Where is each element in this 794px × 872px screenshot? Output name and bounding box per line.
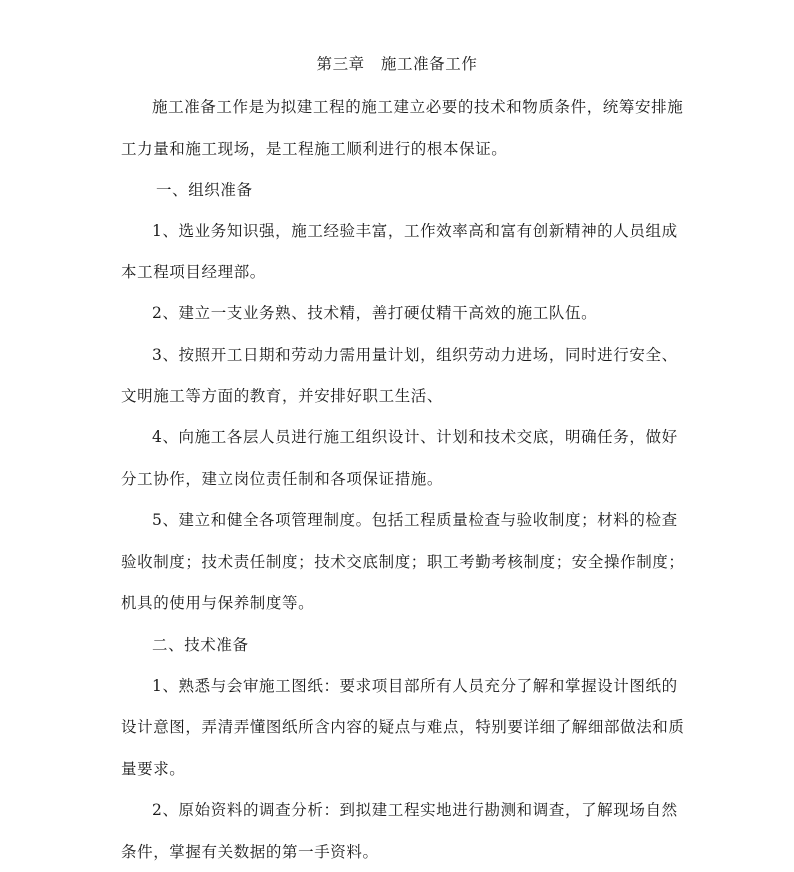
org-item-5-line-1: 5、建立和健全各项管理制度。包括工程质量检查与验收制度；材料的检查 bbox=[152, 510, 678, 530]
tech-item-1-line-2: 设计意图，弄清弄懂图纸所含内容的疑点与难点，特别要详细了解细部做法和质 bbox=[121, 717, 685, 737]
tech-item-1-line-3: 量要求。 bbox=[121, 759, 185, 779]
org-item-4-line-1: 4、向施工各层人员进行施工组织设计、计划和技术交底，明确任务，做好 bbox=[152, 427, 678, 447]
document-page: 第三章 施工准备工作 施工准备工作是为拟建工程的施工建立必要的技术和物质条件，统… bbox=[0, 0, 794, 872]
org-item-2-line-1: 2、建立一支业务熟、技术精，善打硬仗精干高效的施工队伍。 bbox=[152, 303, 597, 323]
org-item-4-line-2: 分工协作，建立岗位责任制和各项保证措施。 bbox=[121, 469, 443, 489]
org-item-5-line-2: 验收制度；技术责任制度；技术交底制度；职工考勤考核制度；安全操作制度； bbox=[121, 552, 685, 572]
tech-item-1-line-1: 1、熟悉与会审施工图纸：要求项目部所有人员充分了解和掌握设计图纸的 bbox=[152, 676, 678, 696]
tech-item-2-line-1: 2、原始资料的调查分析：到拟建工程实地进行勘测和调查，了解现场自然 bbox=[152, 800, 678, 820]
intro-line-1: 施工准备工作是为拟建工程的施工建立必要的技术和物质条件，统筹安排施 bbox=[152, 97, 683, 117]
org-item-3-line-2: 文明施工等方面的教育，并安排好职工生活、 bbox=[121, 386, 443, 406]
tech-item-2-line-2: 条件，掌握有关数据的第一手资料。 bbox=[121, 842, 379, 862]
chapter-title: 第三章 施工准备工作 bbox=[0, 54, 794, 74]
section-heading-organization: 一、组织准备 bbox=[156, 180, 253, 200]
org-item-5-line-3: 机具的使用与保养制度等。 bbox=[121, 593, 314, 613]
org-item-3-line-1: 3、按照开工日期和劳动力需用量计划，组织劳动力进场，同时进行安全、 bbox=[152, 345, 678, 365]
section-heading-technical: 二、技术准备 bbox=[152, 635, 249, 655]
intro-line-2: 工力量和施工现场，是工程施工顺利进行的根本保证。 bbox=[121, 139, 507, 159]
org-item-1-line-1: 1、选业务知识强，施工经验丰富，工作效率高和富有创新精神的人员组成 bbox=[152, 221, 678, 241]
org-item-1-line-2: 本工程项目经理部。 bbox=[121, 262, 266, 282]
